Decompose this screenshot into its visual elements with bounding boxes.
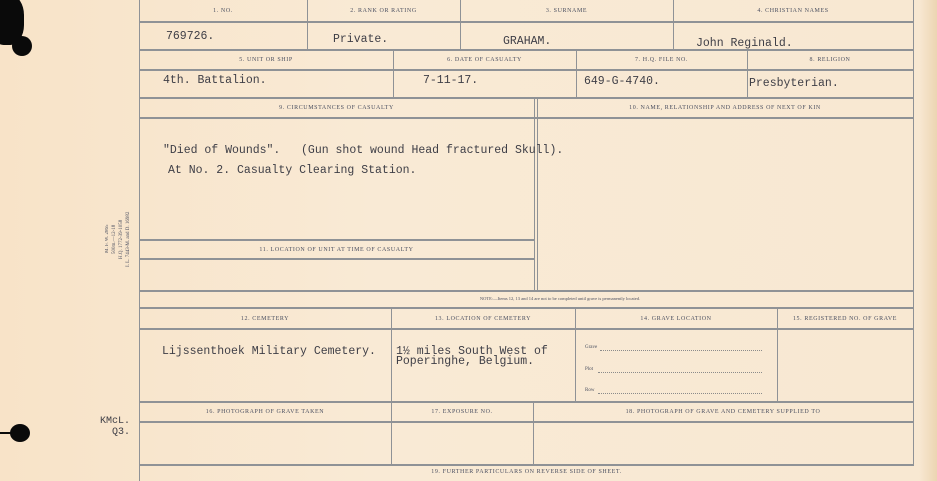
rule xyxy=(139,307,914,309)
no-label: 1. No. xyxy=(139,8,307,14)
rule xyxy=(139,258,535,260)
unit-label: 5. Unit or Ship xyxy=(139,57,393,63)
rule xyxy=(139,290,914,292)
location-of-unit-label: 11. Location of Unit at Time of Casualty xyxy=(139,247,534,253)
christian-names-value: John Reginald. xyxy=(696,37,793,50)
punch-hole-string xyxy=(0,432,14,434)
card-edge xyxy=(919,0,937,481)
exposure-no-label: 17. Exposure No. xyxy=(391,409,533,415)
row-label: Row xyxy=(585,388,594,393)
rule xyxy=(139,97,914,99)
location-of-cemetery-label: 13. Location of Cemetery xyxy=(391,316,575,322)
rule xyxy=(139,401,914,403)
cemetery-value: Lijssenthoek Military Cemetery. xyxy=(162,345,376,358)
cemetery-label: 12. Cemetery xyxy=(139,316,391,322)
registered-no-label: 15. Registered No. of Grave xyxy=(777,316,913,322)
religion-label: 8. Religion xyxy=(747,57,913,63)
circumstances-label: 9. Circumstances of Casualty xyxy=(139,105,534,111)
rank-label: 2. Rank or Rating xyxy=(307,8,460,14)
rule xyxy=(139,21,914,23)
further-particulars-label: 19. Further Particulars on Reverse Side … xyxy=(139,469,914,475)
religion-value: Presbyterian. xyxy=(749,77,839,90)
next-of-kin-label: 10. Name, Relationship and Address of Ne… xyxy=(537,105,913,111)
photo-supplied-label: 18. Photograph of Grave and Cemetery Sup… xyxy=(533,409,913,415)
rank-value: Private. xyxy=(333,33,388,46)
service-number: 769726. xyxy=(166,30,214,43)
unit-value: 4th. Battalion. xyxy=(163,74,267,87)
hq-file-no-value: 649-G-4740. xyxy=(584,75,660,88)
rule xyxy=(139,464,914,466)
rule xyxy=(139,49,914,51)
surname-label: 3. Surname xyxy=(460,8,673,14)
rule xyxy=(139,117,914,119)
grave-label: Grave xyxy=(585,345,597,350)
christian-names-label: 4. Christian Names xyxy=(673,8,913,14)
surname-value: GRAHAM. xyxy=(503,35,551,48)
hq-file-no-label: 7. H.Q. File No. xyxy=(576,57,747,63)
row-line xyxy=(598,393,762,394)
circumstances-line-1: "Died of Wounds". (Gun shot wound Head f… xyxy=(163,144,563,157)
plot-label: Plot xyxy=(585,367,593,372)
rule xyxy=(139,328,914,330)
circumstances-line-2: At No. 2. Casualty Clearing Station. xyxy=(168,164,416,177)
location-of-cemetery-line-2: Poperinghe, Belgium. xyxy=(396,356,534,367)
photo-taken-label: 16. Photograph of Grave Taken xyxy=(139,409,391,415)
rule xyxy=(139,69,914,71)
punch-hole-top-round xyxy=(12,36,32,56)
note-text: NOTE:—Items 12, 13 and 14 are not to be … xyxy=(110,296,937,301)
rule xyxy=(139,239,535,241)
date-of-casualty-label: 6. Date of Casualty xyxy=(393,57,576,63)
divider xyxy=(534,97,535,290)
plot-line xyxy=(598,372,762,373)
grave-line xyxy=(600,350,762,351)
clerk-stamp: KMcL. Q3. xyxy=(100,416,130,438)
date-of-casualty-value: 7-11-17. xyxy=(423,74,478,87)
divider xyxy=(537,97,538,290)
rule xyxy=(139,421,914,423)
divider xyxy=(391,307,392,465)
grave-location-label: 14. Grave Location xyxy=(575,316,777,322)
margin-print: M. F. W. 2865 500m.—12-18 H.Q. 1772-39-1… xyxy=(104,200,138,278)
